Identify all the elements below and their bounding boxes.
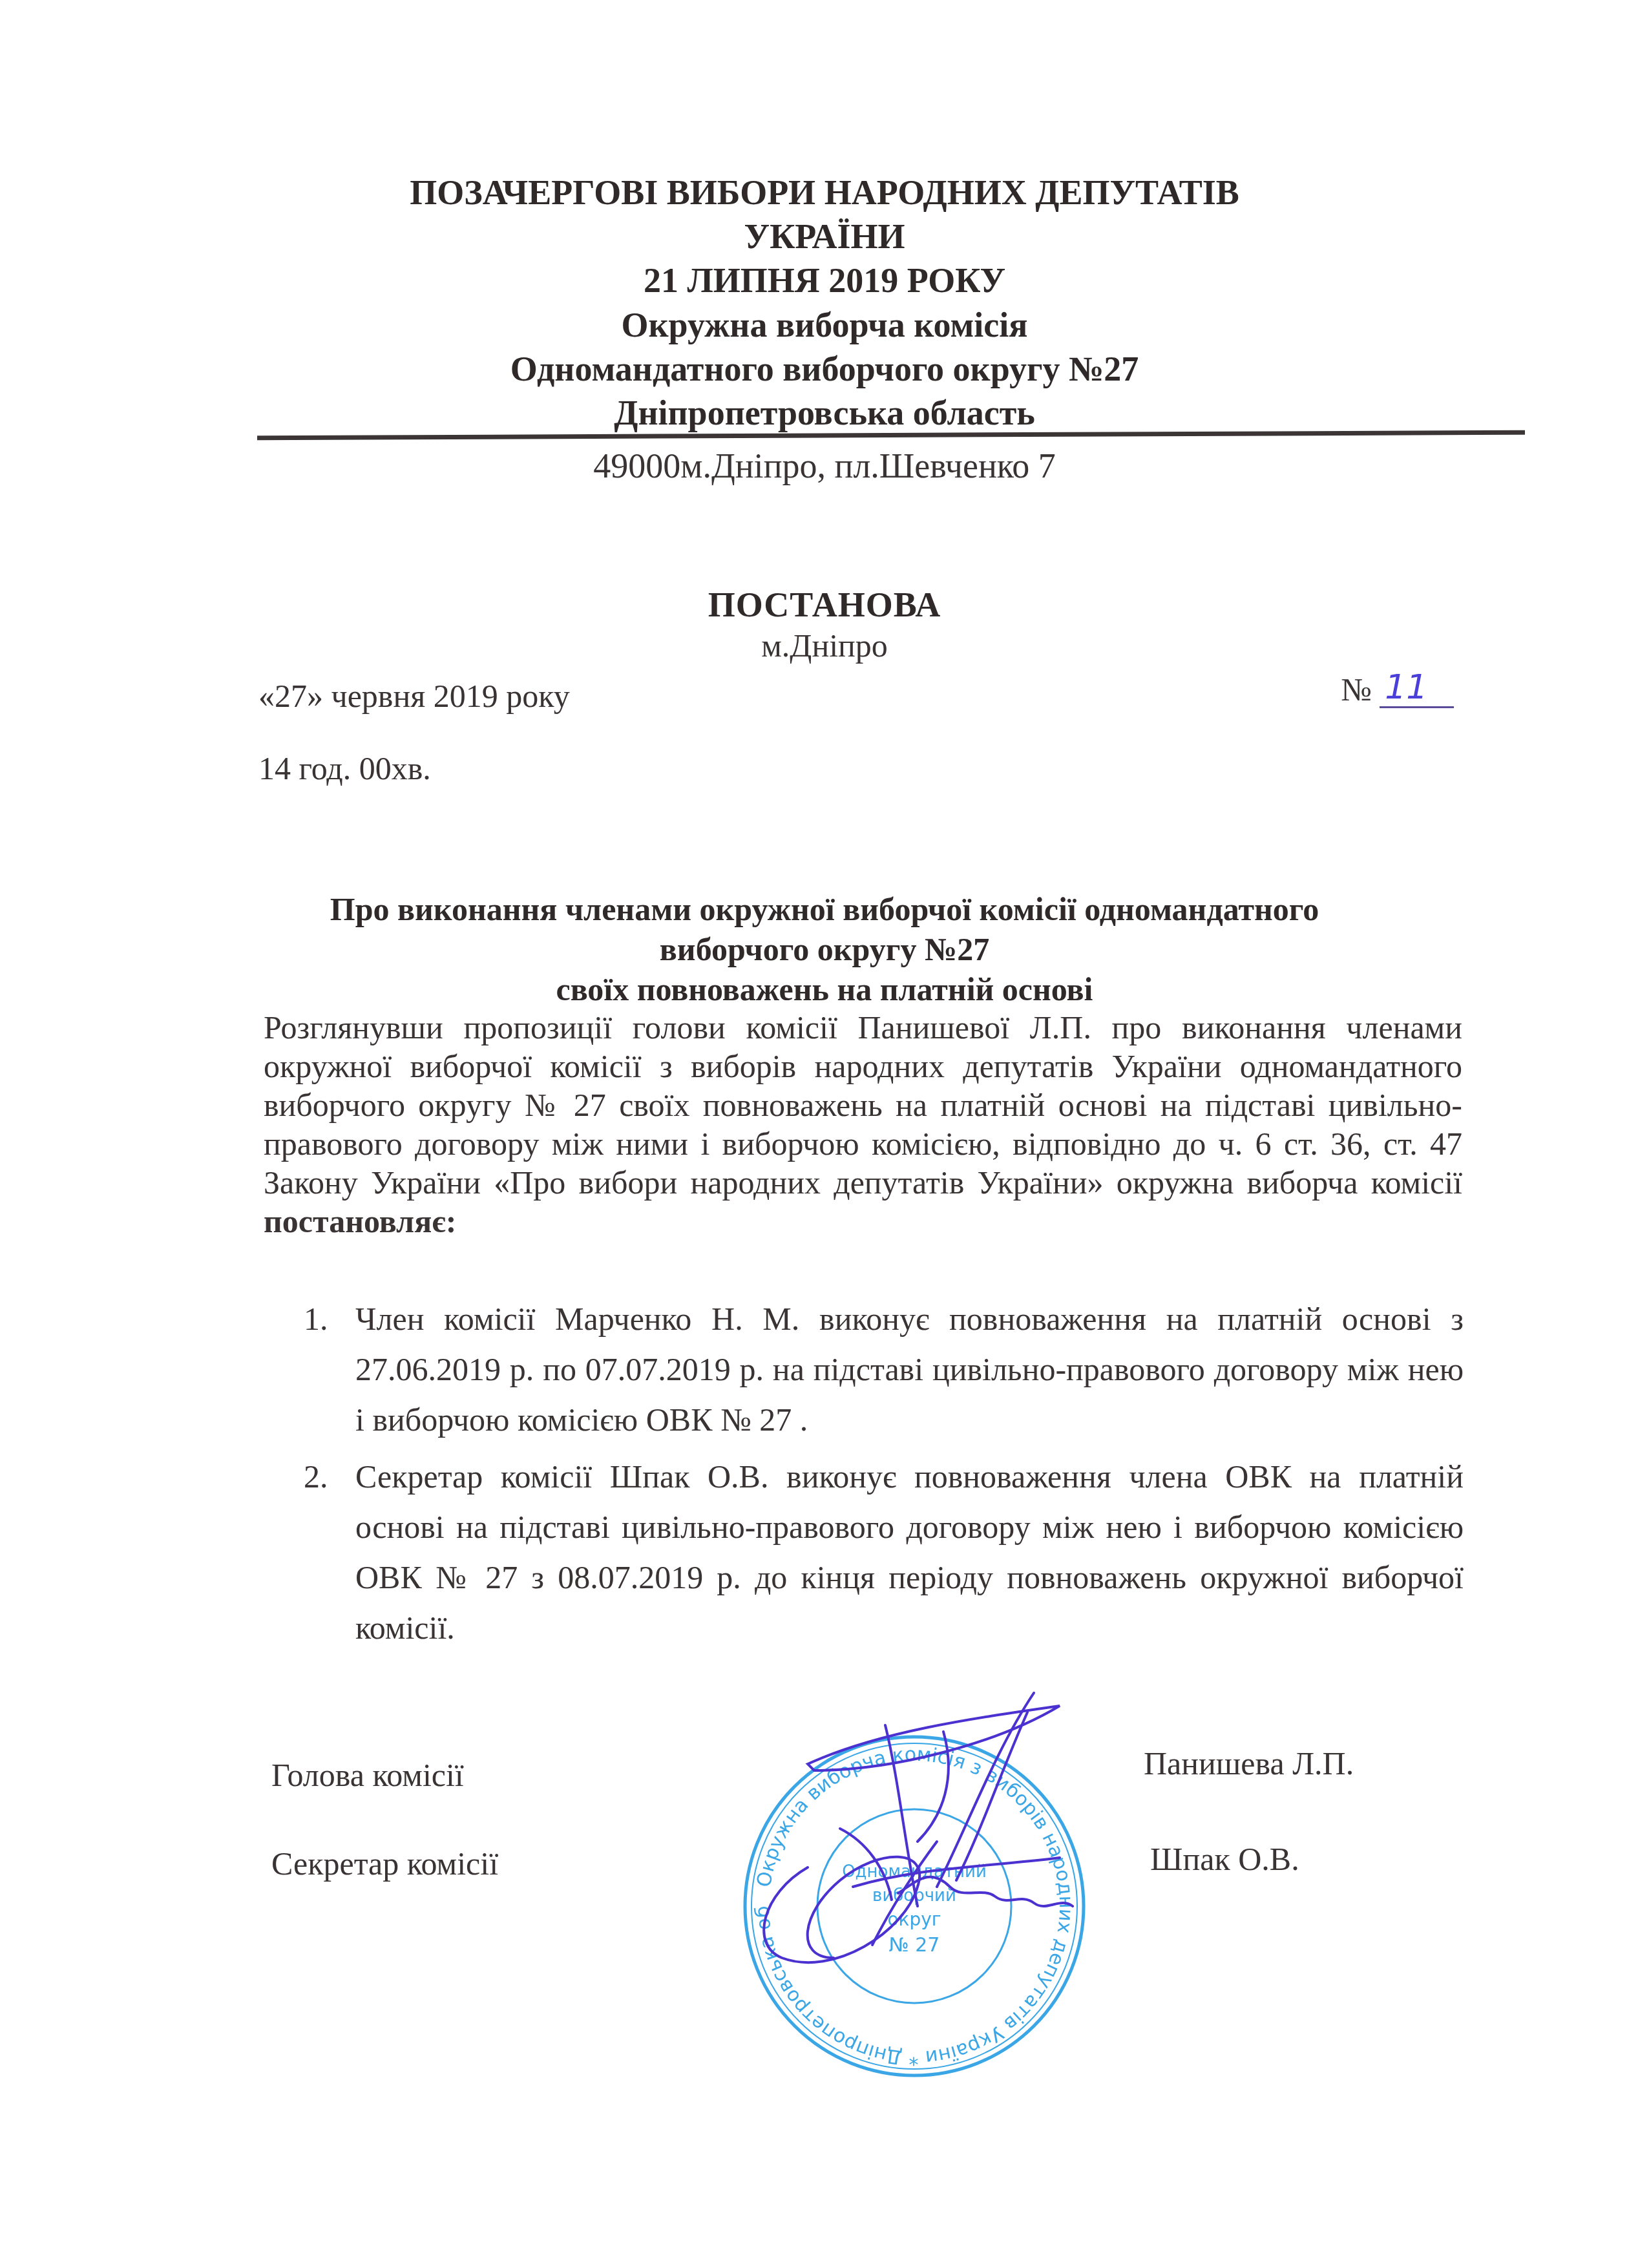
item-text: Член комісії Марченко Н. М. виконує повн… [355,1294,1464,1445]
preamble-resolves: постановляє: [264,1203,456,1239]
item-text: Секретар комісії Шпак О.В. виконує повно… [355,1451,1464,1653]
header-line-district: Одномандатного виборчого округу №27 [0,350,1649,388]
header-address: 49000м.Дніпро, пл.Шевченко 7 [0,446,1649,486]
item-number: 1. [304,1294,355,1445]
secretary-name: Шпак О.В. [1150,1840,1299,1878]
chair-name: Панишева Л.П. [1144,1745,1354,1782]
number-label: № [1341,671,1372,708]
secretary-title: Секретар комісії [271,1845,498,1882]
document-time: 14 год. 00хв. [258,750,431,787]
header-line-date: 21 ЛИПНЯ 2019 РОКУ [0,261,1649,300]
subject-line-3: своїх повноважень на платній основі [0,971,1649,1008]
subject-line-1: Про виконання членами окружної виборчої … [0,890,1649,928]
resolution-item-1: 1. Член комісії Марченко Н. М. виконує п… [304,1294,1464,1445]
resolution-list: 1. Член комісії Марченко Н. М. виконує п… [304,1294,1464,1659]
subject-line-2: виборчого округу №27 [0,930,1649,968]
signature-scribble-icon [724,1674,1137,2074]
document-number: № 11 [1341,669,1454,708]
item-number: 2. [304,1451,355,1653]
handwritten-number: 11 [1380,668,1427,707]
document-type: ПОСТАНОВА [0,585,1649,625]
header-line-elections: ПОЗАЧЕРГОВІ ВИБОРИ НАРОДНИХ ДЕПУТАТІВ [0,173,1649,212]
chair-title: Голова комісії [271,1756,464,1794]
header-line-region: Дніпропетровська область [0,394,1649,432]
resolution-item-2: 2. Секретар комісії Шпак О.В. виконує по… [304,1451,1464,1653]
document-date: «27» червня 2019 року [258,677,570,715]
number-field: 11 [1380,669,1454,708]
preamble-paragraph: Розглянувши пропозиції голови комісії Па… [264,1008,1462,1241]
preamble-text: Розглянувши пропозиції голови комісії Па… [264,1009,1462,1201]
header-line-commission: Окружна виборча комісія [0,306,1649,344]
header-line-ukraine: УКРАЇНИ [0,217,1649,256]
document-city: м.Дніпро [0,627,1649,664]
